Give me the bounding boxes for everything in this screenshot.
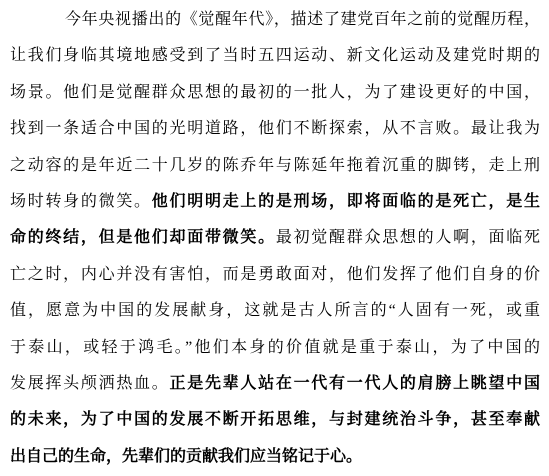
text-line: 出自己的生命，先辈们的贡献我们应当铭记于心。	[10, 439, 540, 475]
text-run: 最初觉醒群众思想的人啊，面临死	[276, 229, 540, 246]
text-line: 今年央视播出的《觉醒年代》，描述了建党百年之前的觉醒历程，	[10, 2, 540, 38]
text-run: 值，愿意为中国的发展献身，这就是古人所言的“人固有一死，或重	[10, 302, 540, 319]
text-line: 让我们身临其境地感受到了当时五四运动、新文化运动及建党时期的	[10, 38, 540, 74]
document-page: 今年央视播出的《觉醒年代》，描述了建党百年之前的觉醒历程，让我们身临其境地感受到…	[0, 0, 549, 476]
text-run: 亡之时，内心并没有害怕，而是勇敢面对，他们发挥了他们自身的价	[10, 266, 540, 283]
text-run: 让我们身临其境地感受到了当时五四运动、新文化运动及建党时期的	[10, 47, 540, 64]
text-run: 发展挥头颅洒热血。	[10, 375, 170, 392]
text-line: 的未来，为了中国的发展不断开拓思维，与封建统治斗争，甚至奉献	[10, 402, 540, 438]
text-line: 找到一条适合中国的光明道路，他们不断探索，从不言败。最让我为	[10, 111, 540, 147]
text-run: 场景。他们是觉醒群众思想的最初的一批人，为了建设更好的中国，	[10, 84, 540, 101]
text-line: 场时转身的微笑。他们明明走上的是刑场，即将面临的是死亡，是生	[10, 184, 540, 220]
text-line: 亡之时，内心并没有害怕，而是勇敢面对，他们发挥了他们自身的价	[10, 257, 540, 293]
text-run: 找到一条适合中国的光明道路，他们不断探索，从不言败。最让我为	[10, 120, 540, 137]
text-run: 场时转身的微笑。	[10, 193, 152, 210]
essay-paragraph: 今年央视播出的《觉醒年代》，描述了建党百年之前的觉醒历程，让我们身临其境地感受到…	[10, 2, 540, 475]
text-run: 之动容的是年近二十几岁的陈乔年与陈延年拖着沉重的脚铐，走上刑	[10, 157, 540, 174]
text-line: 之动容的是年近二十几岁的陈乔年与陈延年拖着沉重的脚铐，走上刑	[10, 148, 540, 184]
text-line: 发展挥头颅洒热血。正是先辈人站在一代有一代人的肩膀上眺望中国	[10, 366, 540, 402]
text-line: 命的终结，但是他们却面带微笑。最初觉醒群众思想的人啊，面临死	[10, 220, 540, 256]
bold-text-run: 他们明明走上的是刑场，即将面临的是死亡，是生	[152, 193, 540, 210]
text-line: 值，愿意为中国的发展献身，这就是古人所言的“人固有一死，或重	[10, 293, 540, 329]
bold-text-run: 出自己的生命，先辈们的贡献我们应当铭记于心。	[10, 448, 362, 465]
text-line: 场景。他们是觉醒群众思想的最初的一批人，为了建设更好的中国，	[10, 75, 540, 111]
bold-text-run: 命的终结，但是他们却面带微笑。	[10, 229, 276, 246]
bold-text-run: 的未来，为了中国的发展不断开拓思维，与封建统治斗争，甚至奉献	[10, 411, 540, 428]
text-run: 于泰山，或轻于鸿毛。”他们本身的价值就是重于泰山，为了中国的	[10, 339, 540, 356]
text-line: 于泰山，或轻于鸿毛。”他们本身的价值就是重于泰山，为了中国的	[10, 330, 540, 366]
bold-text-run: 正是先辈人站在一代有一代人的肩膀上眺望中国	[170, 375, 540, 392]
text-run: 今年央视播出的《觉醒年代》，描述了建党百年之前的觉醒历程，	[65, 11, 540, 28]
